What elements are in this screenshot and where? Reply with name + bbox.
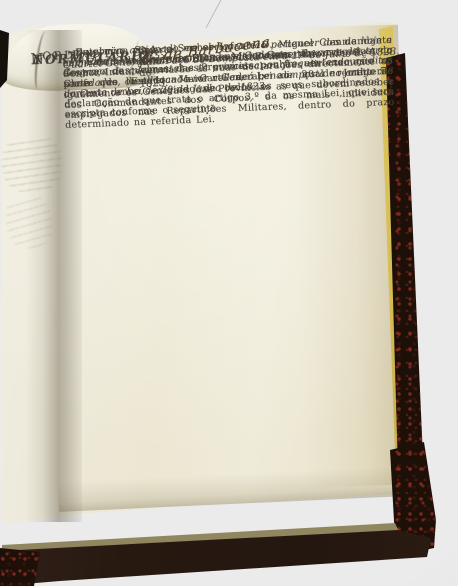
showthrough-text-upper [0,133,64,194]
signature-initial: F. [32,52,42,66]
book-photo: N.º 7. Quartel General no Paço da Bempos… [0,0,458,586]
backdrop-scratch [206,0,224,28]
